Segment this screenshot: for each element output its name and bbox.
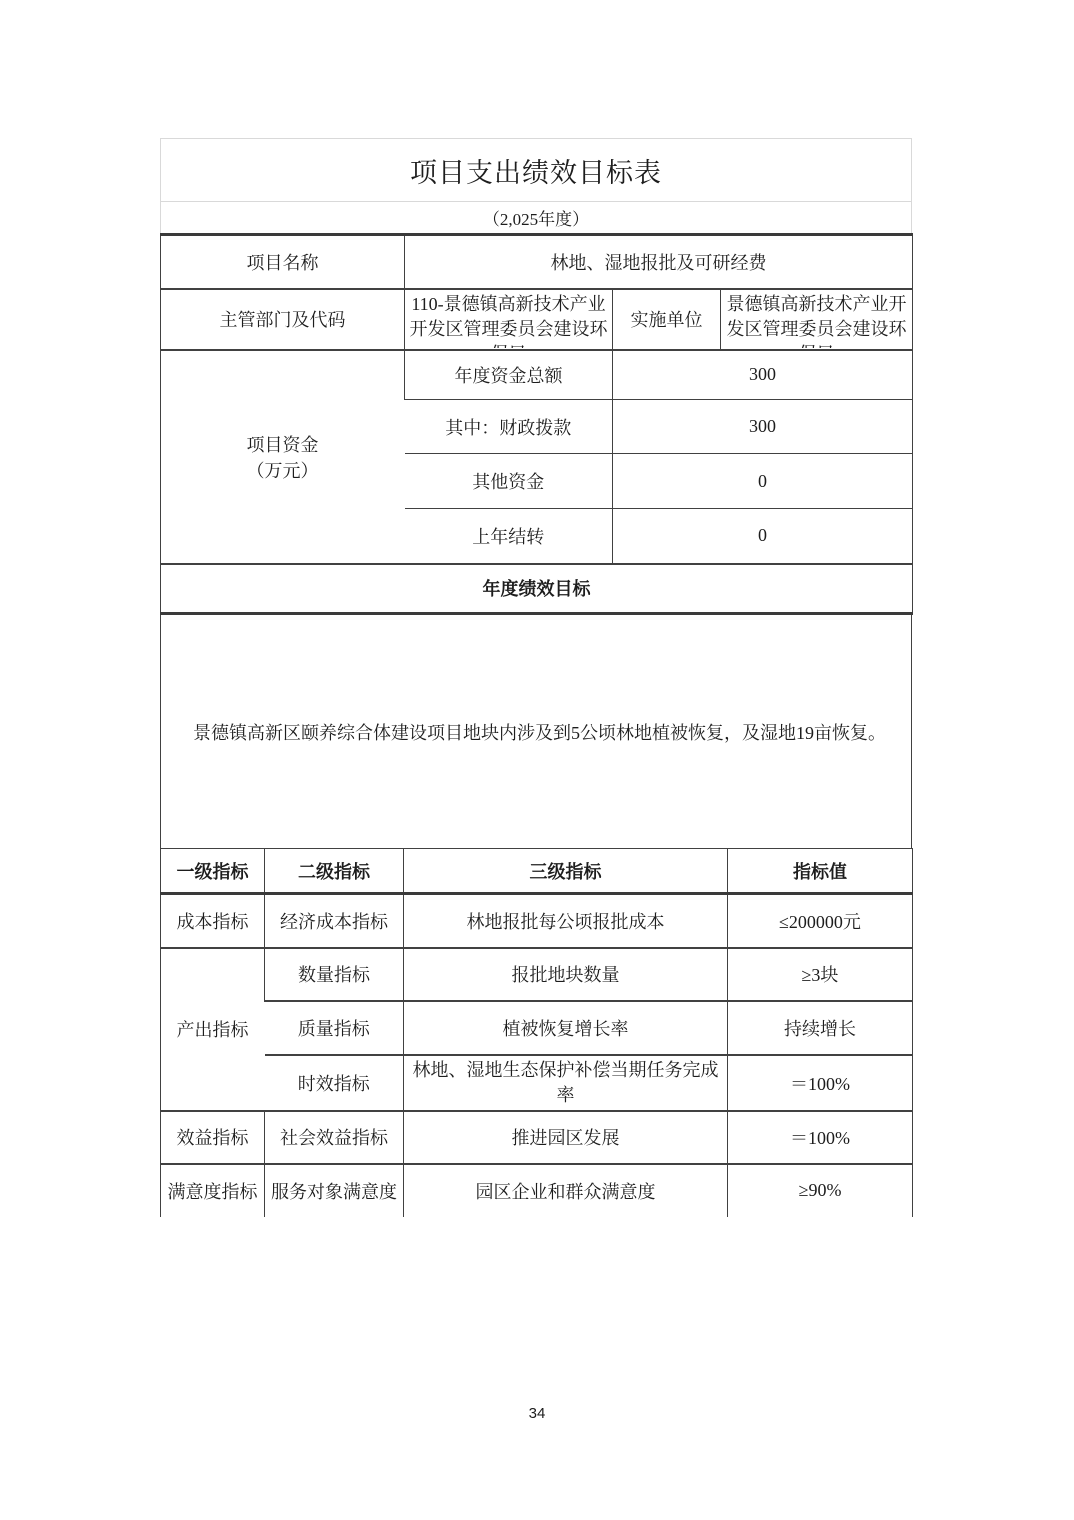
header-level1: 一级指标 [161, 849, 265, 894]
indicator-value: 持续增长 [728, 1001, 913, 1055]
indicator-level3: 园区企业和群众满意度 [404, 1164, 728, 1217]
project-name-value: 林地、湿地报批及可研经费 [405, 235, 913, 289]
annual-goal-text: 景德镇高新区颐养综合体建设项目地块内涉及到5公顷林地植被恢复，及湿地19亩恢复。 [193, 719, 886, 745]
indicator-level2: 时效指标 [265, 1055, 404, 1111]
funding-row-value: 300 [613, 400, 913, 454]
document-subtitle: （2,025年度） [160, 202, 912, 233]
funding-row-value: 0 [613, 509, 913, 564]
indicator-level2: 社会效益指标 [265, 1111, 404, 1164]
document-title: 项目支出绩效目标表 [160, 138, 912, 202]
indicator-level3: 林地报批每公顷报批成本 [404, 894, 728, 948]
indicators-header-row: 一级指标 二级指标 三级指标 指标值 [161, 849, 913, 894]
indicator-row: 效益指标 社会效益指标 推进园区发展 ＝100% [161, 1111, 913, 1164]
table-row: 项目名称 林地、湿地报批及可研经费 [161, 235, 913, 289]
dept-value-text: 110-景德镇高新技术产业开发区管理委员会建设环保局 [407, 290, 610, 348]
table-row: 主管部门及代码 110-景德镇高新技术产业开发区管理委员会建设环保局 实施单位 … [161, 289, 913, 350]
indicator-level3: 植被恢复增长率 [404, 1001, 728, 1055]
indicator-level1: 效益指标 [161, 1111, 265, 1164]
project-funding-label: 项目资金 （万元） [161, 350, 405, 564]
indicator-level3: 林地、湿地生态保护补偿当期任务完成率 [404, 1055, 728, 1111]
funding-row-label: 年度资金总额 [405, 350, 613, 400]
indicator-level2: 数量指标 [265, 948, 404, 1001]
indicator-value: ≤200000元 [728, 894, 913, 948]
project-name-label: 项目名称 [161, 235, 405, 289]
page-number: 34 [0, 1405, 1074, 1422]
annual-goal-header: 年度绩效目标 [161, 564, 913, 614]
project-info-table: 项目名称 林地、湿地报批及可研经费 主管部门及代码 110-景德镇高新技术产业开… [160, 233, 913, 615]
dept-label: 主管部门及代码 [161, 289, 405, 350]
indicator-level2: 服务对象满意度 [265, 1164, 404, 1217]
table-row: 项目资金 （万元） 年度资金总额 300 [161, 350, 913, 400]
indicator-value: ＝100% [728, 1111, 913, 1164]
impl-unit-value: 景德镇高新技术产业开发区管理委员会建设环保局 [721, 289, 913, 350]
indicator-level1: 满意度指标 [161, 1164, 265, 1217]
funding-row-label: 其他资金 [405, 454, 613, 509]
dept-value: 110-景德镇高新技术产业开发区管理委员会建设环保局 [405, 289, 613, 350]
table-row: 年度绩效目标 [161, 564, 913, 614]
indicator-value: ≥90% [728, 1164, 913, 1217]
annual-goal-box: 景德镇高新区颐养综合体建设项目地块内涉及到5公顷林地植被恢复，及湿地19亩恢复。 [160, 615, 912, 848]
impl-unit-value-text: 景德镇高新技术产业开发区管理委员会建设环保局 [723, 290, 910, 348]
funding-row-label: 其中：财政拨款 [405, 400, 613, 454]
indicators-table: 一级指标 二级指标 三级指标 指标值 成本指标 经济成本指标 林地报批每公顷报批… [160, 848, 913, 1217]
indicator-row: 成本指标 经济成本指标 林地报批每公顷报批成本 ≤200000元 [161, 894, 913, 948]
indicator-level1: 成本指标 [161, 894, 265, 948]
funding-row-label: 上年结转 [405, 509, 613, 564]
header-level2: 二级指标 [265, 849, 404, 894]
indicator-row: 满意度指标 服务对象满意度 园区企业和群众满意度 ≥90% [161, 1164, 913, 1217]
indicator-row: 质量指标 植被恢复增长率 持续增长 [161, 1001, 913, 1055]
indicator-level2: 经济成本指标 [265, 894, 404, 948]
indicator-level2: 质量指标 [265, 1001, 404, 1055]
indicator-level1: 产出指标 [161, 948, 265, 1111]
indicator-value: ≥3块 [728, 948, 913, 1001]
indicator-level3: 报批地块数量 [404, 948, 728, 1001]
document-sheet: 项目支出绩效目标表 （2,025年度） 项目名称 林地、湿地报批及可研经费 主管… [160, 138, 912, 1217]
indicator-level3: 推进园区发展 [404, 1111, 728, 1164]
header-value: 指标值 [728, 849, 913, 894]
funding-row-value: 300 [613, 350, 913, 400]
indicator-value: ＝100% [728, 1055, 913, 1111]
indicator-row: 产出指标 数量指标 报批地块数量 ≥3块 [161, 948, 913, 1001]
funding-row-value: 0 [613, 454, 913, 509]
impl-unit-label: 实施单位 [613, 289, 721, 350]
indicator-row: 时效指标 林地、湿地生态保护补偿当期任务完成率 ＝100% [161, 1055, 913, 1111]
header-level3: 三级指标 [404, 849, 728, 894]
